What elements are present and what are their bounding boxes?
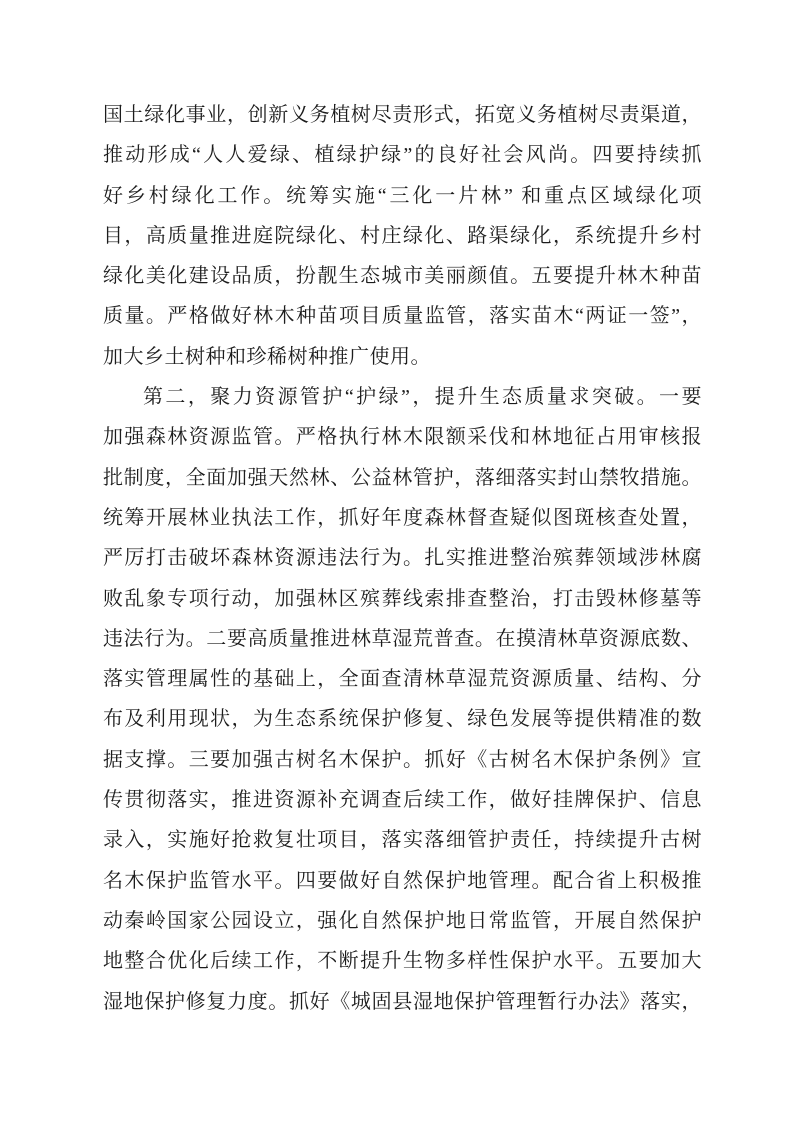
- text-line: 名木保护监管水平。四要做好自然保护地管理。配合省上积极推: [103, 861, 702, 901]
- text-line-paragraph-start: 第二，聚力资源管护“护绿”，提升生态质量求突破。一要: [103, 377, 702, 417]
- text-line: 传贯彻落实，推进资源补充调查后续工作，做好挂牌保护、信息: [103, 780, 702, 820]
- text-line: 布及利用现状，为生态系统保护修复、绿色发展等提供精准的数: [103, 699, 702, 739]
- text-line: 落实管理属性的基础上，全面查清林草湿荒资源质量、结构、分: [103, 659, 702, 699]
- text-line: 败乱象专项行动，加强林区殡葬线索排查整治，打击毁林修墓等: [103, 579, 702, 619]
- text-line: 好乡村绿化工作。统筹实施“三化一片林” 和重点区域绿化项: [103, 176, 702, 216]
- text-line: 地整合优化后续工作，不断提升生物多样性保护水平。五要加大: [103, 941, 702, 981]
- text-line: 录入，实施好抢救复壮项目，落实落细管护责任，持续提升古树: [103, 820, 702, 860]
- text-line: 绿化美化建设品质，扮靓生态城市美丽颜值。五要提升林木种苗: [103, 256, 702, 296]
- text-line: 据支撑。三要加强古树名木保护。抓好《古树名木保护条例》宣: [103, 740, 702, 780]
- text-line: 批制度，全面加强天然林、公益林管护，落细落实封山禁牧措施。: [103, 458, 702, 498]
- text-line: 国土绿化事业，创新义务植树尽责形式，拓宽义务植树尽责渠道，: [103, 95, 702, 135]
- text-line: 严厉打击破坏森林资源违法行为。扎实推进整治殡葬领域涉林腐: [103, 538, 702, 578]
- document-page: 国土绿化事业，创新义务植树尽责形式，拓宽义务植树尽责渠道， 推动形成“人人爱绿、…: [0, 0, 793, 1122]
- text-line-paragraph-end: 加大乡土树种和珍稀树种推广使用。: [103, 337, 702, 377]
- text-line: 推动形成“人人爱绿、植绿护绿”的良好社会风尚。四要持续抓: [103, 135, 702, 175]
- text-line: 加强森林资源监管。严格执行林木限额采伐和林地征占用审核报: [103, 417, 702, 457]
- document-text-block: 国土绿化事业，创新义务植树尽责形式，拓宽义务植树尽责渠道， 推动形成“人人爱绿、…: [103, 95, 702, 1022]
- text-line: 统筹开展林业执法工作，抓好年度森林督查疑似图斑核查处置，: [103, 498, 702, 538]
- text-line: 目，高质量推进庭院绿化、村庄绿化、路渠绿化，系统提升乡村: [103, 216, 702, 256]
- text-line: 违法行为。二要高质量推进林草湿荒普查。在摸清林草资源底数、: [103, 619, 702, 659]
- text-line: 质量。严格做好林木种苗项目质量监管，落实苗木“两证一签”，: [103, 296, 702, 336]
- text-line: 湿地保护修复力度。抓好《城固县湿地保护管理暂行办法》落实，: [103, 982, 702, 1022]
- text-line: 动秦岭国家公园设立，强化自然保护地日常监管，开展自然保护: [103, 901, 702, 941]
